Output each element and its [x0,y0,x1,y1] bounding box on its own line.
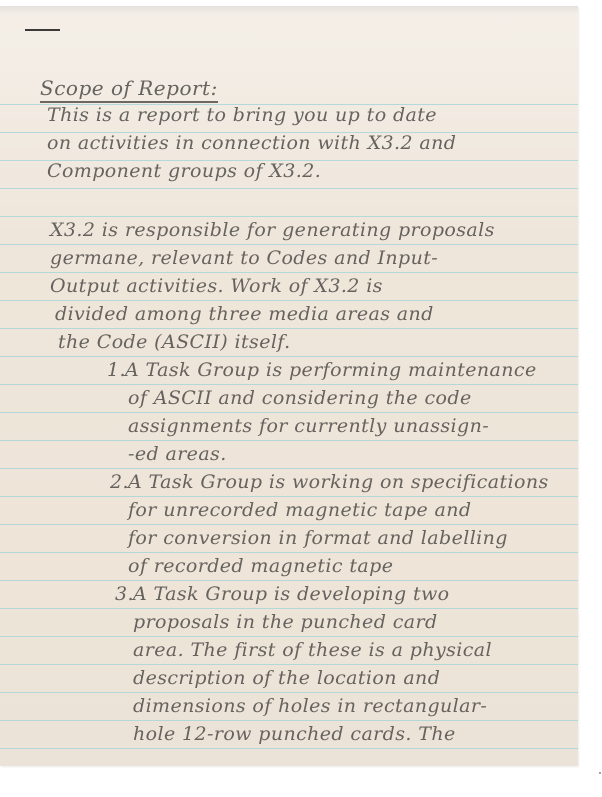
paragraph-1-line-3: Component groups of X3.2. [47,157,321,185]
rule-line [0,748,578,749]
list-item-2-line-3: for conversion in format and labelling [128,524,508,552]
paragraph-2-line-3: Output activities. Work of X3.2 is [50,272,383,300]
list-item-1-line-2: of ASCII and considering the code [128,384,472,412]
list-item-1-line-1: A Task Group is performing maintenance [125,356,537,384]
list-item-1-number: 1. [107,356,126,384]
list-item-2-number: 2. [110,468,129,496]
list-item-1-line-3: assignments for currently unassign- [128,412,489,440]
report-heading: Scope of Report: [40,76,218,103]
rule-line [0,440,578,441]
notebook-page: Scope of Report: This is a report to bri… [0,6,578,766]
list-item-3-line-1: A Task Group is developing two [133,580,450,608]
rule-line [0,188,578,189]
paragraph-1-line-2: on activities in connection with X3.2 an… [47,129,456,157]
paragraph-2-line-4: divided among three media areas and [55,300,434,328]
list-item-3-line-6: hole 12-row punched cards. The [133,720,456,748]
margin-dash-mark [25,29,60,31]
list-item-2-line-2: for unrecorded magnetic tape and [128,496,471,524]
list-item-3-line-4: description of the location and [133,664,440,692]
list-item-3-line-2: proposals in the punched card [133,608,438,636]
list-item-3-line-3: area. The first of these is a physical [133,636,492,664]
paragraph-2-line-5: the Code (ASCII) itself. [58,328,291,356]
list-item-2-line-4: of recorded magnetic tape [128,552,393,580]
list-item-2-line-1: A Task Group is working on specification… [128,468,549,496]
paragraph-2-line-2: germane, relevant to Codes and Input- [50,244,438,272]
list-item-1-line-4: -ed areas. [128,440,227,468]
list-item-3-number: 3. [115,580,134,608]
paragraph-2-line-1: X3.2 is responsible for generating propo… [50,216,495,244]
paragraph-1-line-1: This is a report to bring you up to date [47,101,437,129]
scan-speck [599,772,601,774]
list-item-3-line-5: dimensions of holes in rectangular- [133,692,487,720]
